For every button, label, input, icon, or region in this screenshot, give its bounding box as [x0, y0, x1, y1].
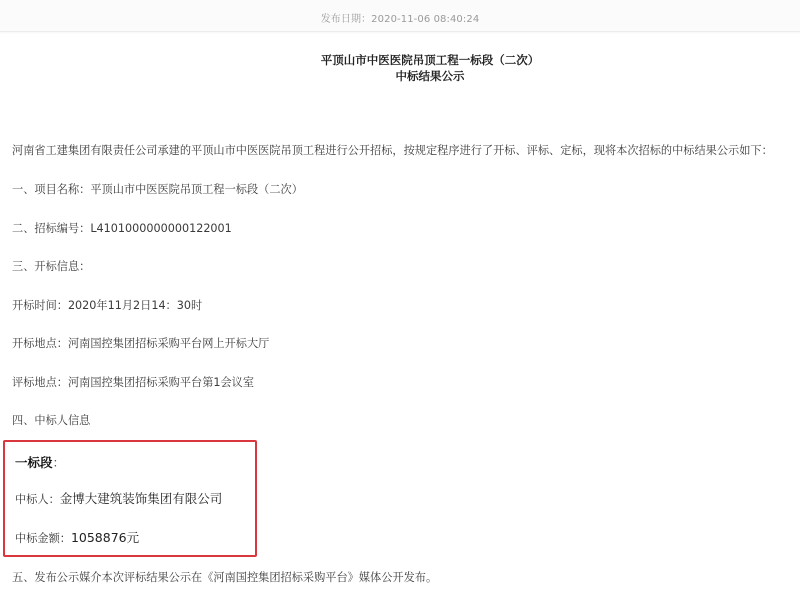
lot-title: 一标段：: [15, 453, 65, 471]
intro-paragraph: 河南省工建集团有限责任公司承建的平顶山市中医医院吊顶工程进行公开招标，按规定程序…: [12, 142, 773, 158]
media-notice: 五、发布公示媒介本次评标结果公示在《河南国控集团招标采购平台》媒体公开发布。: [12, 569, 437, 585]
amount-line: 中标金额：1058876元: [15, 528, 139, 546]
opening-location: 开标地点：河南国控集团招标采购平台网上开标大厅: [12, 335, 269, 351]
amount-label: 中标金额：: [15, 532, 71, 545]
header-bar: 发布日期：2020-11-06 08:40:24: [0, 0, 800, 32]
opening-time: 开标时间：2020年11月2日14：30时: [12, 297, 202, 313]
project-name: 一、项目名称：平顶山市中医医院吊顶工程一标段（二次）: [12, 181, 303, 197]
evaluation-location: 评标地点：河南国控集团招标采购平台第1会议室: [12, 374, 254, 390]
opening-info-heading: 三、开标信息：: [12, 258, 90, 274]
title-line-2: 中标结果公示: [0, 68, 800, 84]
winner-line: 中标人：金博大建筑装饰集团有限公司: [15, 489, 222, 507]
winner-info-heading: 四、中标人信息: [12, 412, 90, 428]
publish-date: 发布日期：2020-11-06 08:40:24: [0, 10, 800, 25]
lot-label: 一标段: [15, 455, 53, 470]
winner-label: 中标人：: [15, 493, 60, 506]
announcement-title: 平顶山市中医医院吊顶工程一标段（二次） 中标结果公示: [0, 52, 800, 84]
award-highlight-box: 一标段： 中标人：金博大建筑装饰集团有限公司 中标金额：1058876元: [3, 440, 257, 557]
lot-colon: ：: [53, 455, 66, 470]
tender-number: 二、招标编号：L4101000000000122001: [12, 220, 232, 236]
title-line-1: 平顶山市中医医院吊顶工程一标段（二次）: [0, 52, 800, 68]
winner-value: 金博大建筑装饰集团有限公司: [60, 491, 223, 506]
amount-value: 1058876元: [71, 530, 139, 545]
